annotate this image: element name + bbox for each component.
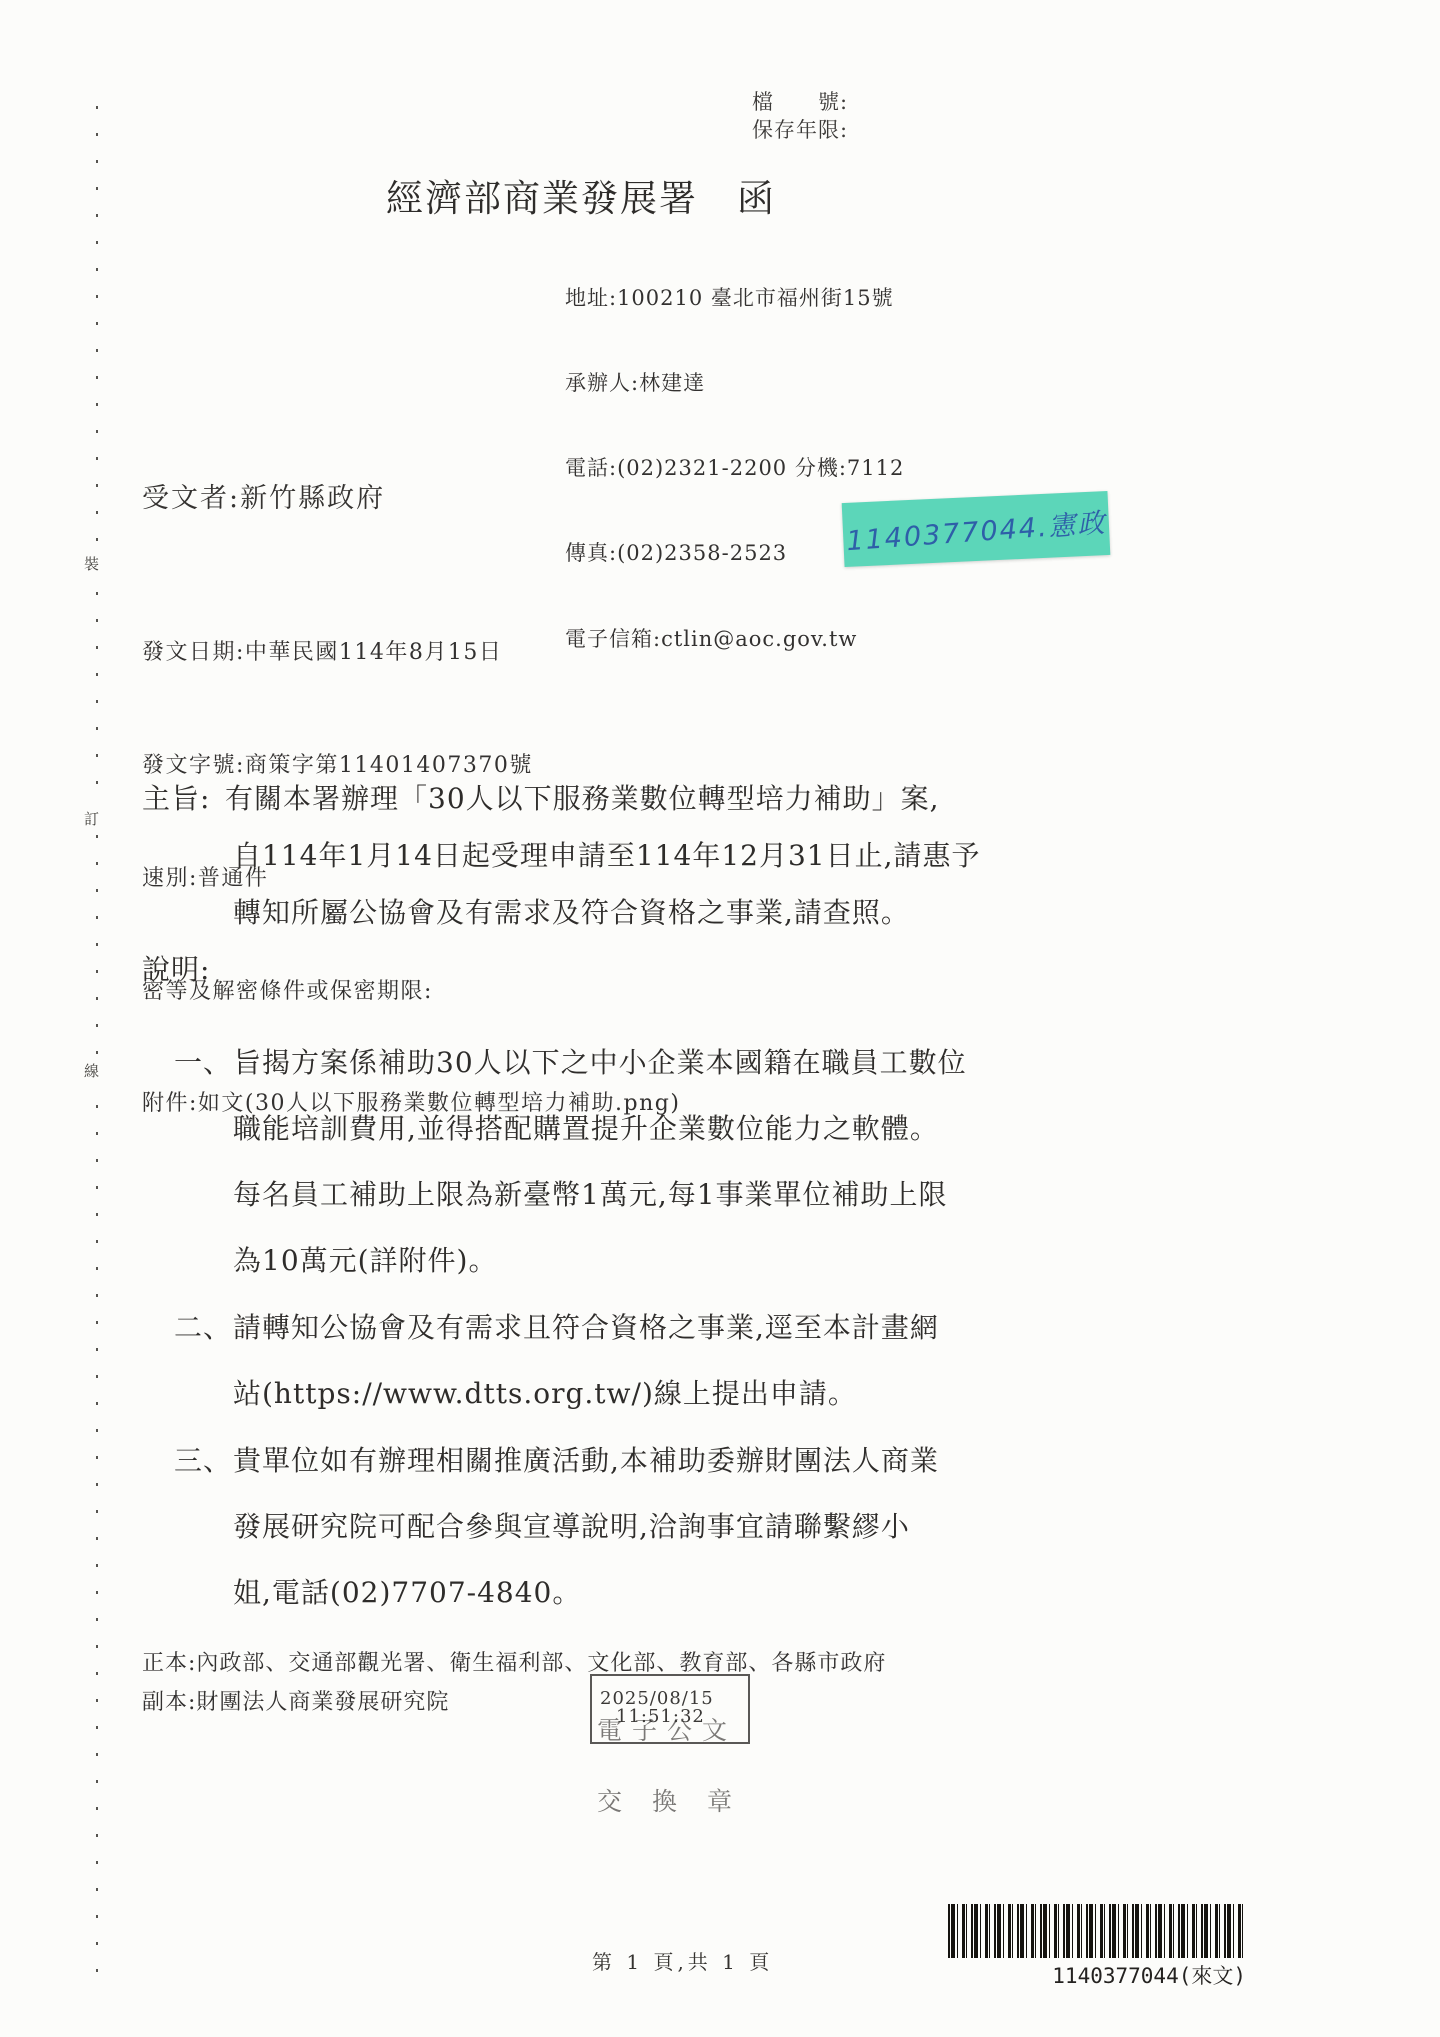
subject-line: 自114年1月14日起受理申請至114年12月31日止,請惠予 (233, 834, 981, 874)
explanation-item-number: 二、 (174, 1306, 232, 1346)
barcode (948, 1904, 1246, 1958)
binding-dotted-line (96, 106, 98, 1996)
sender-address: 地址:100210 臺北市福州街15號 (565, 284, 904, 312)
stamp-time: 11:51:32 (616, 1706, 705, 1727)
electronic-exchange-stamp: 電子公文 交換章 2025/08/15 11:51:32 (590, 1674, 750, 1744)
sticky-note: 1140377044.憲政 (842, 491, 1111, 567)
page-number: 第 1 頁,共 1 頁 (592, 1946, 773, 1975)
retention-period-label: 保存年限: (752, 114, 848, 144)
distribution-copy: 副本:財團法人商業發展研究院 (142, 1685, 449, 1716)
sender-contact-person: 承辦人:林建達 (565, 369, 904, 397)
binding-mark-xian: 線 (84, 1058, 99, 1083)
file-number-label: 檔 號: (752, 86, 848, 116)
binding-mark-zhuang: 裝 (84, 551, 99, 576)
security-classification: 密等及解密條件或保密期限: (142, 973, 680, 1011)
explanation-item-line: 職能培訓費用,並得搭配購置提升企業數位能力之軟體。 (233, 1107, 939, 1147)
document-title: 經濟部商業發展署 函 (386, 168, 776, 222)
issue-date: 發文日期:中華民國114年8月15日 (142, 634, 680, 672)
explanation-item-line: 站(https://www.dtts.org.tw/)線上提出申請。 (233, 1372, 857, 1412)
stamp-text-row: 交換章 (592, 1785, 748, 1818)
explanation-item-line: 請轉知公協會及有需求且符合資格之事業,逕至本計畫網 (233, 1306, 939, 1346)
binding-mark-ding: 訂 (84, 806, 99, 831)
explanation-item-line: 為10萬元(詳附件)。 (233, 1239, 497, 1279)
explanation-item-line: 姐,電話(02)7707-4840。 (233, 1571, 581, 1611)
subject-line: 有關本署辦理「30人以下服務業數位轉型培力補助」案, (225, 777, 940, 817)
sticky-note-handwriting: 1140377044.憲政 (845, 500, 1107, 558)
barcode-number: 1140377044(來文) (948, 1960, 1246, 1990)
subject-line: 轉知所屬公協會及有需求及符合資格之事業,請查照。 (233, 891, 910, 931)
explanation-label: 說明: (142, 948, 210, 988)
scanned-official-letter: 裝 訂 線 檔 號: 保存年限: 經濟部商業發展署 函 地址:100210 臺北… (0, 0, 1440, 2037)
document-meta-block: 發文日期:中華民國114年8月15日 發文字號:商策字第11401407370號… (142, 559, 680, 1198)
explanation-item-line: 旨揭方案係補助30人以下之中小企業本國籍在職員工數位 (233, 1041, 967, 1081)
explanation-item-line: 每名員工補助上限為新臺幣1萬元,每1事業單位補助上限 (233, 1173, 948, 1213)
stamp-row2-text: 交換章 (597, 1786, 762, 1817)
sender-phone: 電話:(02)2321-2200 分機:7112 (565, 454, 904, 482)
recipient-line: 受文者:新竹縣政府 (142, 476, 385, 515)
explanation-item-number: 三、 (174, 1439, 232, 1479)
distribution-original: 正本:內政部、交通部觀光署、衛生福利部、文化部、教育部、各縣市政府 (142, 1646, 886, 1677)
subject-label: 主旨: (142, 777, 210, 817)
explanation-item-number: 一、 (174, 1041, 232, 1081)
explanation-item-line: 貴單位如有辦理相關推廣活動,本補助委辦財團法人商業 (233, 1439, 939, 1479)
explanation-item-line: 發展研究院可配合參與宣導說明,洽詢事宜請聯繫繆小 (233, 1505, 910, 1545)
